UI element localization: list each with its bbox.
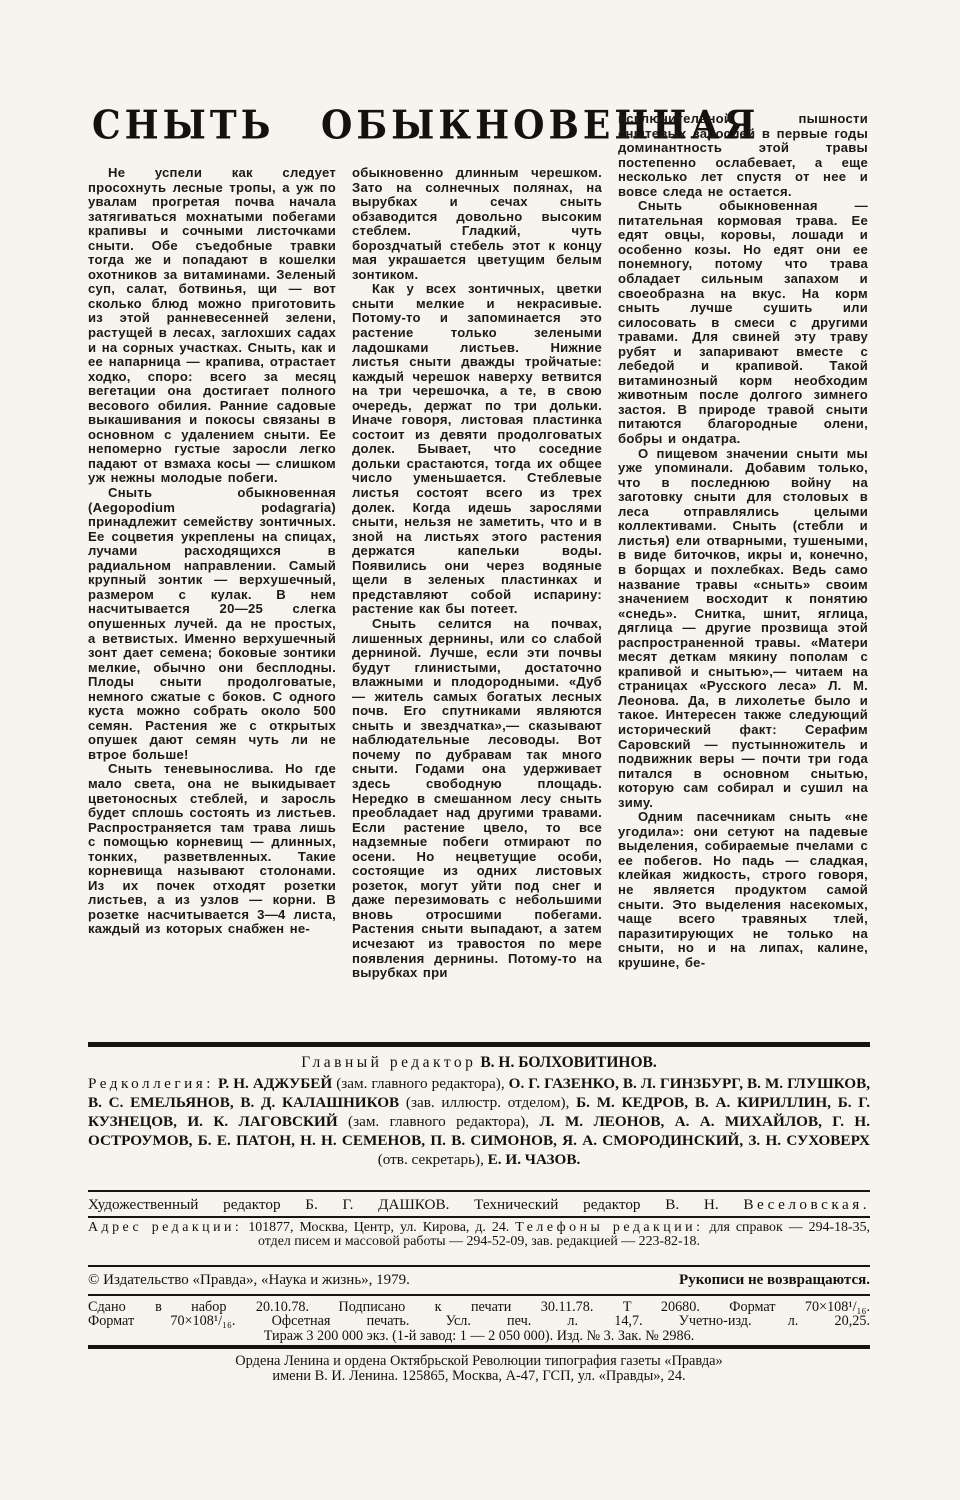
body-paragraph: О пищевом значении сныти мы уже упоминал… <box>618 447 868 811</box>
body-paragraph: Не успели как следует просохнуть лесные … <box>88 166 336 486</box>
manuscripts-notice: Рукописи не возвращаются. <box>679 1272 870 1289</box>
body-paragraph: Сныть обыкновенная — питательная кормова… <box>618 199 868 446</box>
printing-house-line: Ордена Ленина и ордена Октябрьской Револ… <box>88 1354 870 1369</box>
art-editor-line: Художественный редактор Б. Г. ДАШКОВ. Те… <box>88 1196 870 1214</box>
body-paragraph: Сныть теневынослива. Но где мало света, … <box>88 762 336 937</box>
imprint-block: Сдано в набор 20.10.78. Подписано к печа… <box>88 1300 870 1343</box>
chief-editor-name: В. Н. БОЛХОВИТИНОВ. <box>480 1054 656 1071</box>
footer-top-rule <box>88 1042 870 1047</box>
address-text: 101877, Москва, Центр, ул. Кирова, д. 24… <box>248 1220 509 1235</box>
article-column-2: обыкновенно длинным черешком. Зато на со… <box>352 166 602 981</box>
publisher-copyright: © Издательство «Правда», «Наука и жизнь»… <box>88 1272 410 1289</box>
divider-rule <box>88 1216 870 1218</box>
art-editor-text: Художественный редактор Б. Г. ДАШКОВ. Те… <box>88 1196 719 1213</box>
divider-rule <box>88 1265 870 1267</box>
body-paragraph: исключительной пышности снытевых заросле… <box>618 112 868 199</box>
printing-house-block: Ордена Ленина и ордена Октябрьской Револ… <box>88 1354 870 1383</box>
board-role: (зам. главного редактора), <box>348 1113 529 1130</box>
divider-rule <box>88 1294 870 1296</box>
board-label: Редколлегия: <box>88 1075 214 1092</box>
imprint-line: Тираж 3 200 000 экз. (1-й завод: 1 — 2 0… <box>88 1329 870 1343</box>
imprint-line: Формат 70×108¹/₁₆. Офсетная печать. Усл.… <box>88 1314 870 1328</box>
board-names: Е. И. ЧАЗОВ. <box>488 1151 581 1168</box>
chief-editor-line: Главный редактор В. Н. БОЛХОВИТИНОВ. <box>88 1054 870 1072</box>
divider-rule <box>88 1190 870 1192</box>
body-paragraph: Сныть селится на почвах, лишенных дернин… <box>352 617 602 981</box>
phones-label: Телефоны редакции: <box>515 1220 703 1235</box>
body-paragraph: Одним пасечникам сныть «не угодила»: они… <box>618 810 868 970</box>
printing-house-line: имени В. И. Ленина. 125865, Москва, А-47… <box>88 1369 870 1384</box>
body-paragraph: Как у всех зонтичных, цветки сныти мелки… <box>352 282 602 617</box>
body-paragraph: Сныть обыкновенная (Aegopodium podagrari… <box>88 486 336 762</box>
board-role: (отв. секретарь), <box>378 1151 484 1168</box>
board-role: (зам. главного редактора), <box>336 1075 504 1092</box>
imprint-line: Сдано в набор 20.10.78. Подписано к печа… <box>88 1300 870 1314</box>
board-role: (зав. иллюстр. отделом), <box>406 1094 569 1111</box>
magazine-page: СНЫТЬ ОБЫКНОВЕННАЯ Не успели как следует… <box>0 0 960 1500</box>
editorial-address: Адрес редакции: 101877, Москва, Центр, у… <box>88 1221 870 1250</box>
copyright-row: © Издательство «Правда», «Наука и жизнь»… <box>88 1272 870 1289</box>
tech-editor-name: Веселовская. <box>743 1196 870 1213</box>
body-paragraph: обыкновенно длинным черешком. Зато на со… <box>352 166 602 282</box>
editorial-board: Редколлегия: Р. Н. АДЖУБЕЙ (зам. главног… <box>88 1075 870 1170</box>
chief-editor-label: Главный редактор <box>301 1054 476 1071</box>
imprint-bottom-rule <box>88 1345 870 1349</box>
article-column-1: Не успели как следует просохнуть лесные … <box>88 166 336 937</box>
article-column-3: исключительной пышности снытевых заросле… <box>618 112 868 970</box>
address-label: Адрес редакции: <box>88 1220 242 1235</box>
board-names: Р. Н. АДЖУБЕЙ <box>218 1075 332 1092</box>
article-title: СНЫТЬ ОБЫКНОВЕННАЯ <box>92 103 622 148</box>
